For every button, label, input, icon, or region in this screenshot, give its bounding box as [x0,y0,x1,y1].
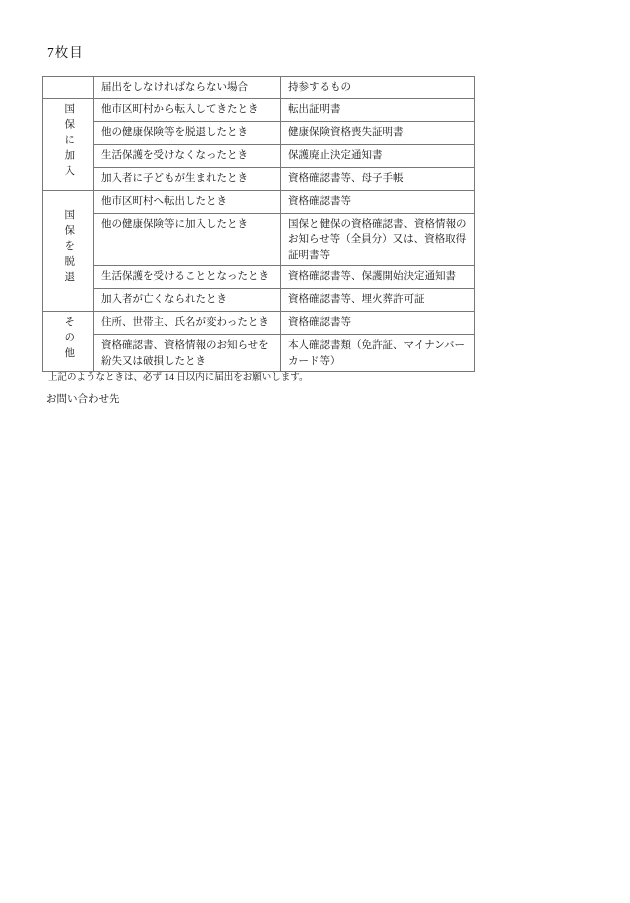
table-row: 生活保護を受けることとなったとき 資格確認書等、保護開始決定通知書 [43,266,475,289]
case-column-header: 届出をしなければならない場合 [94,77,281,99]
case-cell: 生活保護を受けなくなったとき [94,144,281,167]
case-cell: 資格確認書、資格情報のお知らせを紛失又は破損したとき [94,335,281,372]
items-cell: 資格確認書等、保護開始決定通知書 [281,266,475,289]
notification-table: 届出をしなければならない場合 持参するもの 国保に加入 他市区町村から転入してき… [42,76,475,372]
table-row: 他の健康保険等に加入したとき 国保と健保の資格確認書、資格情報のお知らせ等（全員… [43,213,475,266]
case-cell: 生活保護を受けることとなったとき [94,266,281,289]
items-cell: 保護廃止決定通知書 [281,144,475,167]
category-label: その他 [63,316,74,363]
items-column-header: 持参するもの [281,77,475,99]
items-cell: 本人確認書類（免許証、マイナンバーカード等） [281,335,475,372]
category-header-cell [43,77,94,99]
table-row: 国保を脱退 他市区町村へ転出したとき 資格確認書等 [43,190,475,213]
items-cell: 健康保険資格喪失証明書 [281,121,475,144]
case-cell: 加入者が亡くなられたとき [94,289,281,312]
category-label: 国保に加入 [63,103,74,181]
items-cell: 資格確認書等、母子手帳 [281,167,475,190]
page-title: 7枚目 [47,45,84,60]
items-cell: 資格確認書等 [281,312,475,335]
items-cell: 転出証明書 [281,98,475,121]
case-cell: 他市区町村へ転出したとき [94,190,281,213]
items-cell: 資格確認書等 [281,190,475,213]
table-row: 生活保護を受けなくなったとき 保護廃止決定通知書 [43,144,475,167]
contact-heading: お問い合わせ先 [46,393,120,406]
category-cell: 国保を脱退 [43,190,94,312]
case-cell: 他の健康保険等を脱退したとき [94,121,281,144]
table-row: 資格確認書、資格情報のお知らせを紛失又は破損したとき 本人確認書類（免許証、マイ… [43,335,475,372]
case-cell: 他市区町村から転入してきたとき [94,98,281,121]
items-cell: 資格確認書等、埋火葬許可証 [281,289,475,312]
case-cell: 住所、世帯主、氏名が変わったとき [94,312,281,335]
category-cell: その他 [43,312,94,372]
case-cell: 他の健康保険等に加入したとき [94,213,281,266]
table-row: 加入者に子どもが生まれたとき 資格確認書等、母子手帳 [43,167,475,190]
table-row: 国保に加入 他市区町村から転入してきたとき 転出証明書 [43,98,475,121]
table-row: その他 住所、世帯主、氏名が変わったとき 資格確認書等 [43,312,475,335]
category-label: 国保を脱退 [63,209,74,287]
category-cell: 国保に加入 [43,98,94,190]
table-row: 他の健康保険等を脱退したとき 健康保険資格喪失証明書 [43,121,475,144]
document-page: 7枚目 届出をしなければならない場合 持参するもの 国保に加入 他市区町村から転… [0,0,630,903]
table-header-row: 届出をしなければならない場合 持参するもの [43,77,475,99]
case-cell: 加入者に子どもが生まれたとき [94,167,281,190]
table-row: 加入者が亡くなられたとき 資格確認書等、埋火葬許可証 [43,289,475,312]
deadline-note: 上記のようなときは、必ず 14 日以内に届出をお願いします。 [48,372,309,384]
items-cell: 国保と健保の資格確認書、資格情報のお知らせ等（全員分）又は、資格取得証明書等 [281,213,475,266]
